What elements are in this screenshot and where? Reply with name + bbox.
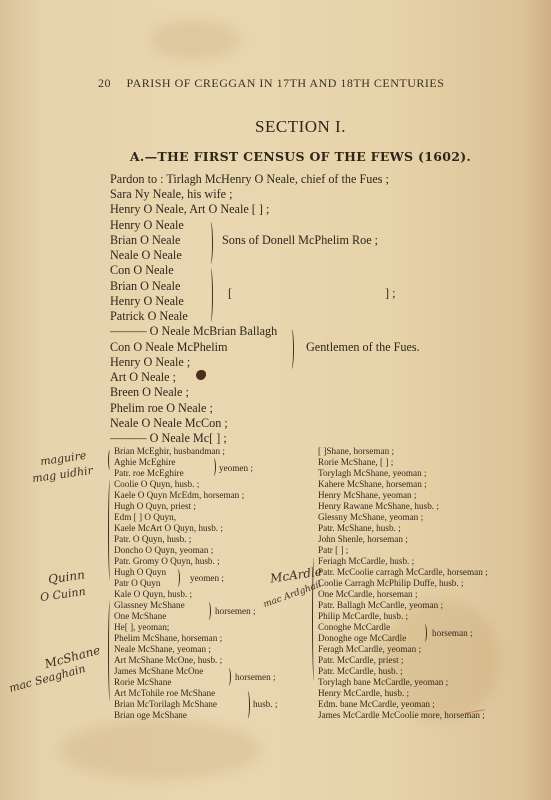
page-number: 20 [98,76,111,90]
entry-line: Sara Ny Neale, his wife ; [110,187,233,202]
entry-line: ——— O Neale McBrian Ballagh [110,324,277,339]
entry-line: Neale O Neale McCon ; [110,416,228,431]
list-item: Glessny McShane, yeoman ; [318,512,423,522]
brace [288,329,294,369]
brace [108,450,113,470]
list-item: He[ ], yeoman; [114,622,169,632]
entry-line: Henry O Neale, Art O Neale [ ] ; [110,202,269,217]
list-item: Brian oge McShane [114,710,187,720]
list-item: Patr. O Quyn, husb. ; [114,534,191,544]
list-item: Hugh O Quyn [114,567,166,577]
list-item: Patr [ ] ; [318,545,348,555]
entry-line: Pardon to : Tirlagh McHenry O Neale, chi… [110,172,389,187]
entry-line: Henry O Neale ; [110,355,190,370]
blank-close: ] ; [385,286,396,301]
list-item: James McCardle McCoolie more, horseman ; [318,710,485,720]
list-item: Brian McTorilagh McShane [114,699,217,709]
list-item: Aghie McEghire [114,457,176,467]
brace [108,601,113,701]
list-item: Brian McEghir, husbandman ; [114,446,225,456]
running-title: PARISH OF CREGGAN IN 17TH AND 18TH CENTU… [127,76,445,90]
brace [225,668,231,686]
entry-line: Phelim roe O Neale ; [110,401,213,416]
group-label: yeomen ; [219,463,253,473]
group-label: horseman ; [432,628,473,638]
brace [205,602,211,620]
ink-blot [196,370,206,380]
group-label: yeomen ; [190,573,224,583]
brace [244,691,250,719]
list-item: [ ]Shane, horseman ; [318,446,394,456]
brace [207,222,213,264]
brace [210,458,216,476]
list-item: One McCardle, horseman ; [318,589,418,599]
list-item: Kaele McArt O Quyn, husb. ; [114,523,223,533]
list-item: Patr. McShane, husb. ; [318,523,401,533]
list-item: Kahere McShane, horseman ; [318,479,427,489]
entry-line: Con O Neale [110,263,174,278]
list-item: Neale McShane, yeoman ; [114,644,211,654]
list-item: Patr. McCardle, priest ; [318,655,403,665]
entry-line: Henry O Neale [110,218,184,233]
list-item: Hugh O Quyn, priest ; [114,501,196,511]
list-item: Henry McCardle, husb. ; [318,688,409,698]
entry-line: Brian O Neale [110,279,180,294]
entry-line: Patrick O Neale [110,309,188,324]
list-item: Feragh McCardle, yeoman ; [318,644,421,654]
list-item: Doncho O Quyn, yeoman ; [114,545,213,555]
running-header: 20 PARISH OF CREGGAN IN 17TH AND 18TH CE… [98,76,444,91]
handwritten-note: O Cuinn [39,585,86,604]
brace [108,480,113,580]
entry-line: Breen O Neale ; [110,385,189,400]
subheading: A.—THE FIRST CENSUS OF THE FEWS (1602). [0,149,551,164]
list-item: Edm [ ] O Quyn, [114,512,176,522]
list-item: Phelim McShane, horseman ; [114,633,222,643]
list-item: Donoghe oge McCardle [318,633,406,643]
list-item: Rorie McShane [114,677,171,687]
group-label: horsemen ; [235,672,276,682]
list-item: Coolie Carragh McPhilip Duffe, husb. ; [318,578,464,588]
list-item: Patr O Quyn [114,578,160,588]
entry-line: Henry O Neale [110,294,184,309]
list-item: Patr. Ballagh McCardle, yeoman ; [318,600,443,610]
list-item: Torylagh bane McCardle, yeoman ; [318,677,448,687]
list-item: Conoghe McCardle [318,622,390,632]
list-item: Henry McShane, yeoman ; [318,490,416,500]
list-item: Coolie O Quyn, husb. ; [114,479,199,489]
entry-line: Con O Neale McPhelim [110,340,227,355]
list-item: Rorie McShane, [ ] ; [318,457,393,467]
entry-line: Art O Neale ; [110,370,176,385]
list-item: Glassney McShane [114,600,185,610]
section-title: SECTION I. [0,117,551,137]
list-item: Kaele O Quyn McEdm, horseman ; [114,490,244,500]
list-item: Edm. bane McCardle, yeoman ; [318,699,435,709]
group-label-gentlemen: Gentlemen of the Fues. [306,340,420,355]
entry-line: Brian O Neale [110,233,180,248]
list-item: John Shenle, horseman ; [318,534,408,544]
group-label: horsemen ; [215,606,256,616]
list-item: Torylagh McShane, yeoman ; [318,468,427,478]
list-item: Patr. roe McEghire [114,468,184,478]
brace [174,569,180,587]
list-item: Feriagh McCardle, husb. ; [318,556,414,566]
list-item: Patr. Gromy O Quyn, husb. ; [114,556,220,566]
handwritten-note: Quinn [47,568,85,587]
list-item: Kale O Quyn, husb. ; [114,589,192,599]
brace [421,624,427,642]
list-item: One McShane [114,611,166,621]
list-item: Henry Rawane McShane, husb. ; [318,501,439,511]
entry-line: ——— O Neale Mc[ ] ; [110,431,227,446]
list-item: Art McShane McOne, husb. ; [114,655,222,665]
list-item: Patr. McCoolie carragh McCardle, horsema… [318,567,488,577]
entry-line: Neale O Neale [110,248,182,263]
blank-open: [ [228,286,232,301]
brace [207,268,213,322]
list-item: Patr. McCardle, husb. ; [318,666,403,676]
group-label-sons: Sons of Donell McPhelim Roe ; [222,233,378,248]
list-item: Philip McCardle, husb. ; [318,611,408,621]
group-label: husb. ; [253,699,278,709]
list-item: Art McTohile roe McShane [114,688,215,698]
list-item: James McShane McOne [114,666,203,676]
